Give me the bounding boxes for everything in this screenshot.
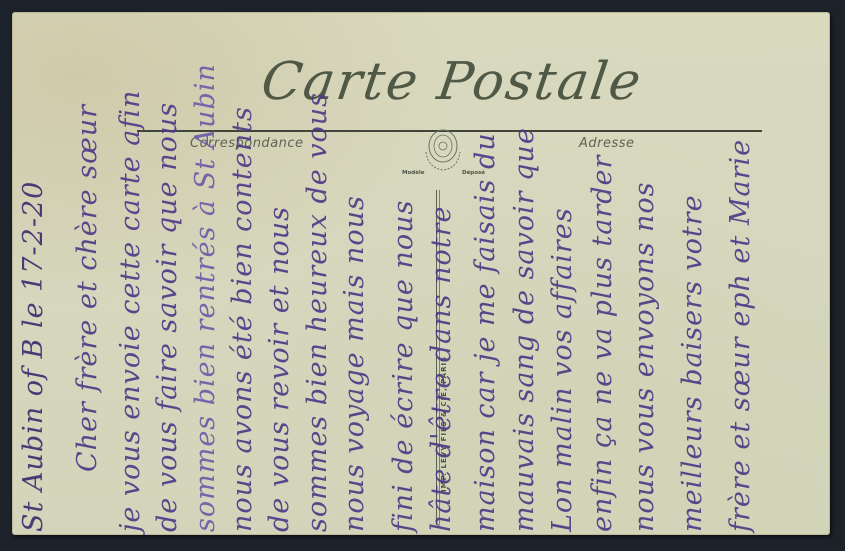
handwriting-line: St Aubin of B le 17-2-20 xyxy=(18,181,49,532)
handwriting-line: maison car je me faisais du xyxy=(470,132,501,532)
handwriting-line: Lon malin vos affaires xyxy=(547,207,578,532)
handwriting-line: de vous revoir et nous xyxy=(264,206,295,532)
address-label: Adresse xyxy=(579,136,635,151)
handwriting-line: je vous envoie cette carte afin xyxy=(115,90,146,532)
modele-label: Modèle xyxy=(402,170,425,176)
handwriting-line: nous avons été bien contents xyxy=(227,106,258,532)
handwriting-line: de vous faire savoir que nous xyxy=(152,102,183,532)
handwriting-line: enfin ça ne va plus tarder xyxy=(587,155,618,532)
handwriting-line: meilleurs baisers votre xyxy=(677,194,708,532)
handwriting-line: hâte d'être dans notre xyxy=(426,206,457,533)
handwriting-line: fini de écrire que nous xyxy=(388,200,419,532)
handwriting-line: mauvais sang de savoir que xyxy=(509,127,540,532)
handwriting-line: nous voyage mais nous xyxy=(339,195,370,532)
handwriting-line: Cher frère et chère sœur xyxy=(72,104,103,472)
handwriting-line: frère et sœur eph et Marie xyxy=(725,139,756,532)
publisher-emblem-icon xyxy=(416,122,470,176)
handwriting-line: sommes bien rentrés à St Aubin xyxy=(190,63,221,532)
handwriting-line: sommes bien heureux de vous xyxy=(302,92,333,532)
handwriting-line: nous vous envoyons nos xyxy=(629,181,660,532)
postcard: Carte Postale Correspondance Adresse Mod… xyxy=(12,12,830,535)
